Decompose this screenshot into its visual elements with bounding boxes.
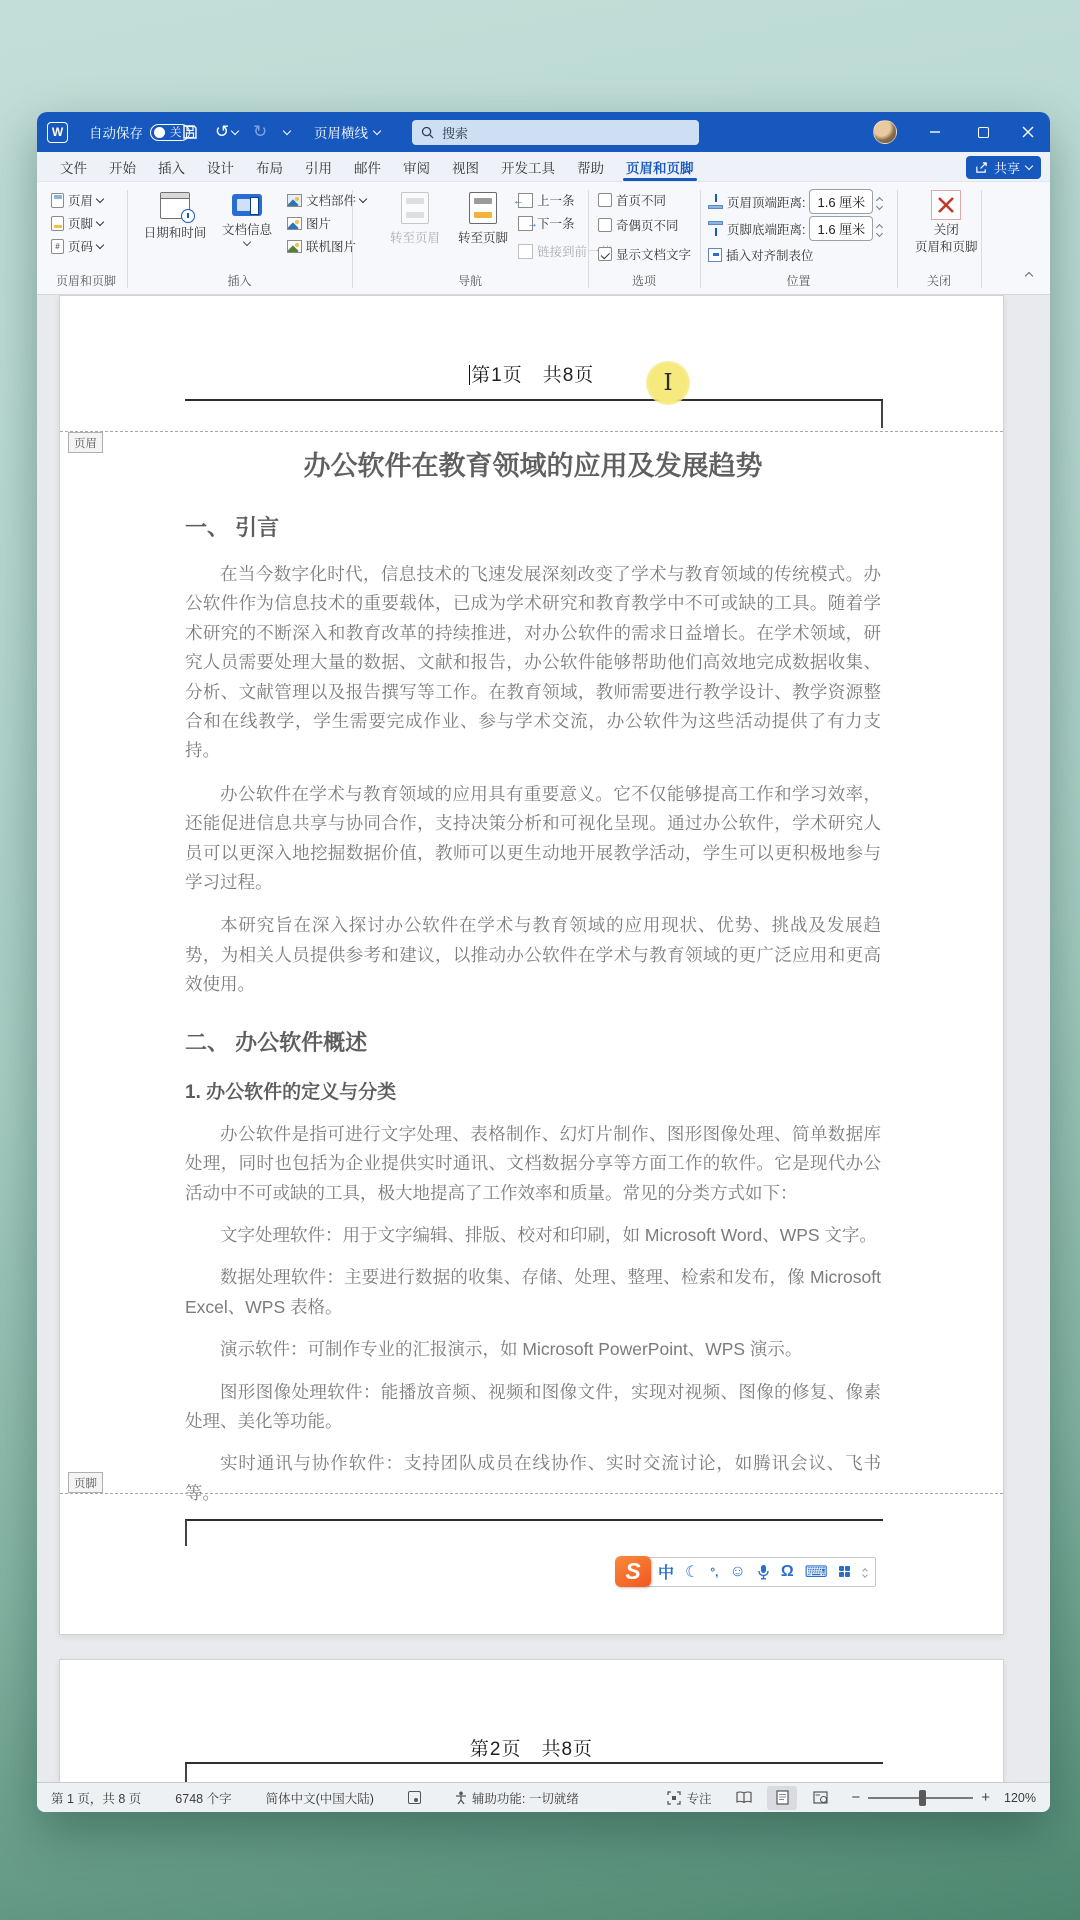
print-layout-icon [776, 1790, 789, 1805]
title-bar: W 自动保存 关 ↺ ↻ 页眉横线 搜 [37, 112, 1050, 152]
group-position: 页眉顶端距离: 1.6 厘米 页脚底端距离: 1.6 厘米 [700, 182, 897, 294]
redo-button[interactable]: ↻ [253, 112, 267, 152]
goto-header-button[interactable]: 转至页眉 [384, 192, 446, 246]
ime-microphone-icon[interactable] [757, 1564, 770, 1580]
collapse-ribbon-button[interactable] [1026, 268, 1032, 282]
group-label: 页眉和页脚 [45, 272, 127, 289]
footer-rule-line [185, 1519, 883, 1521]
picture-label: 图片 [306, 214, 331, 232]
group-header-footer: 页眉 页脚 # 页码 页眉和页脚 [45, 182, 127, 294]
datetime-label: 日期和时间 [144, 223, 207, 241]
document-page-1[interactable]: 第1页 共8页 页眉 办公软件在教育领域的应用及发展趋势 一、 引言 在当今数字… [59, 295, 1004, 1635]
different-odd-even-checkbox[interactable]: 奇偶页不同 [598, 216, 679, 234]
macro-record-icon [408, 1791, 421, 1804]
footer-distance-row: 页脚底端距离: 1.6 厘米 [708, 216, 882, 241]
checkbox-checked-icon [598, 247, 612, 261]
search-icon [421, 126, 434, 139]
header-rule-tick [185, 1764, 187, 1782]
group-label: 关闭 [897, 272, 981, 289]
share-label: 共享 [994, 158, 1020, 177]
status-bar: 第 1 页，共 8 页 6748 个字 简体中文(中国大陆) 辅助功能: 一切就… [37, 1782, 1050, 1812]
page-number-icon: # [51, 239, 64, 254]
undo-icon: ↺ [215, 122, 229, 142]
header-distance-spinner[interactable] [877, 195, 882, 209]
footer-distance-spinner[interactable] [877, 222, 882, 236]
paragraph[interactable]: 数据处理软件：主要进行数据的收集、存储、处理、整理、检索和发布，像 Micros… [185, 1263, 881, 1322]
paragraph[interactable]: 图形图像处理软件：能播放音频、视频和图像文件，实现对视频、图像的修复、像素处理、… [185, 1378, 881, 1437]
document-body[interactable]: 办公软件在教育领域的应用及发展趋势 一、 引言 在当今数字化时代，信息技术的飞速… [185, 436, 881, 1508]
search-placeholder: 搜索 [442, 123, 468, 142]
print-layout-button[interactable] [767, 1786, 797, 1810]
tab-design[interactable]: 设计 [196, 152, 245, 181]
previous-icon: ← [518, 193, 533, 208]
goto-footer-button[interactable]: 转至页脚 [452, 192, 514, 246]
group-label: 位置 [700, 272, 897, 289]
ime-keyboard-icon[interactable]: ⌨ [805, 1562, 828, 1582]
ime-emoji-icon[interactable]: ☺ [730, 1563, 746, 1581]
document-title[interactable]: 办公软件在教育领域的应用及发展趋势 [185, 444, 881, 483]
goto-footer-icon [469, 192, 497, 224]
document-parts-label: 文档部件 [306, 191, 356, 209]
autosave-toggle[interactable]: 自动保存 关 [89, 112, 190, 152]
tab-layout[interactable]: 布局 [245, 152, 294, 181]
page-number-label: 页码 [68, 237, 93, 255]
desktop-background: W 自动保存 关 ↺ ↻ 页眉横线 搜 [0, 0, 1080, 1920]
paragraph[interactable]: 办公软件在学术与教育领域的应用具有重要意义。它不仅能够提高工作和学习效率，还能促… [185, 780, 881, 898]
zoom-slider-thumb[interactable] [919, 1790, 926, 1806]
header-line-dropdown[interactable]: 页眉横线 [314, 112, 380, 152]
ribbon-tab-bar: 文件 开始 插入 设计 布局 引用 邮件 审阅 视图 开发工具 帮助 页眉和页脚… [37, 152, 1050, 182]
ribbon: 页眉 页脚 # 页码 页眉和页脚 日期和时间 [37, 182, 1050, 295]
header-rule-line [185, 1762, 883, 1764]
page2-header-text[interactable]: 第2页 共8页 [60, 1734, 1003, 1761]
word-app-window: W 自动保存 关 ↺ ↻ 页眉横线 搜 [37, 112, 1050, 1812]
minimize-icon [929, 126, 941, 138]
picture-icon [287, 217, 302, 230]
heading-introduction[interactable]: 一、 引言 [185, 511, 881, 542]
tab-references[interactable]: 引用 [294, 152, 343, 181]
header-distance-input[interactable]: 1.6 厘米 [809, 189, 873, 214]
minimize-button[interactable] [913, 112, 957, 152]
tab-file[interactable]: 文件 [49, 152, 98, 181]
footer-menu-button[interactable]: 页脚 [51, 214, 103, 232]
paragraph[interactable]: 本研究旨在深入探讨办公软件在学术与教育领域的应用现状、优势、挑战及发展趋势，为相… [185, 911, 881, 999]
header-menu-button[interactable]: 页眉 [51, 191, 103, 209]
mouse-cursor-highlight: I [646, 361, 690, 405]
tab-header-footer[interactable]: 页眉和页脚 [615, 152, 705, 181]
ibeam-cursor-icon: I [663, 370, 672, 396]
goto-footer-label: 转至页脚 [458, 228, 508, 246]
language-indicator[interactable]: 简体中文(中国大陆) [266, 1789, 374, 1807]
document-canvas: 第1页 共8页 页眉 办公软件在教育领域的应用及发展趋势 一、 引言 在当今数字… [37, 295, 1050, 1782]
footer-boundary-dashed-line [60, 1493, 1003, 1494]
goto-header-icon [401, 192, 429, 224]
ime-toolbox-icon[interactable] [839, 1566, 851, 1578]
heading-overview[interactable]: 二、 办公软件概述 [185, 1026, 881, 1057]
group-label: 导航 [352, 272, 588, 289]
alignment-tab-icon [708, 248, 722, 262]
tab-mailings[interactable]: 邮件 [343, 152, 392, 181]
page1-header-text[interactable]: 第1页 共8页 [60, 360, 1003, 387]
document-info-label: 文档信息 [222, 220, 272, 238]
redo-icon: ↻ [253, 122, 267, 142]
ime-expand-icon[interactable] [863, 1566, 867, 1577]
word-app-icon[interactable]: W [47, 112, 68, 152]
zoom-in-button[interactable]: + [981, 1789, 990, 1806]
checkbox-icon [598, 218, 612, 232]
header-menu-label: 页眉 [68, 191, 93, 209]
picture-button[interactable]: 图片 [287, 214, 331, 232]
autosave-label: 自动保存 [89, 122, 143, 142]
previous-label: 上一条 [537, 191, 575, 209]
next-icon: → [518, 216, 533, 231]
user-avatar[interactable] [873, 120, 897, 144]
document-parts-icon [287, 194, 302, 207]
paragraph[interactable]: 演示软件：可制作专业的汇报演示，如 Microsoft PowerPoint、W… [185, 1335, 881, 1364]
paragraph[interactable]: 在当今数字化时代，信息技术的飞速发展深刻改变了学术与教育领域的传统模式。办公软件… [185, 560, 881, 766]
zoom-level[interactable]: 120% [1004, 1791, 1036, 1805]
customize-quick-access-button[interactable] [284, 112, 290, 152]
close-label-line2: 页眉和页脚 [915, 240, 978, 254]
document-page-2[interactable]: 第2页 共8页 [59, 1659, 1004, 1782]
paragraph[interactable]: 办公软件是指可进行文字处理、表格制作、幻灯片制作、图形图像处理、简单数据库处理，… [185, 1120, 881, 1208]
close-window-button[interactable] [1006, 112, 1050, 152]
ime-halfwidth-moon-icon[interactable]: ☾ [685, 1562, 699, 1582]
document-info-button[interactable]: 文档信息 [217, 194, 277, 245]
footer-distance-label: 页脚底端距离: [727, 220, 805, 238]
previous-button[interactable]: ← 上一条 [518, 191, 575, 209]
tab-developer[interactable]: 开发工具 [490, 152, 566, 181]
tab-review[interactable]: 审阅 [392, 152, 441, 181]
save-icon [182, 124, 198, 140]
maximize-button[interactable] [961, 112, 1005, 152]
ime-punctuation-icon[interactable]: °, [710, 1565, 718, 1579]
undo-button[interactable]: ↺ [215, 112, 238, 152]
ime-language-mode-icon[interactable]: 中 [658, 1560, 674, 1583]
next-label: 下一条 [537, 214, 575, 232]
page-indicator[interactable]: 第 1 页，共 8 页 [51, 1789, 141, 1807]
footer-rule-tick [185, 1520, 187, 1546]
ime-symbols-icon[interactable]: Ω [781, 1563, 794, 1581]
share-button[interactable]: 共享 [966, 156, 1041, 179]
subheading-definition[interactable]: 1. 办公软件的定义与分类 [185, 1077, 881, 1104]
header-region-tag: 页眉 [68, 432, 103, 453]
group-label: 选项 [588, 272, 700, 289]
save-button[interactable] [182, 112, 198, 152]
word-count[interactable]: 6748 个字 [175, 1789, 231, 1807]
search-input[interactable]: 搜索 [412, 120, 699, 145]
ime-toolbar[interactable]: S 中 ☾ °, ☺ Ω ⌨ [615, 1556, 876, 1587]
close-icon [1022, 126, 1034, 138]
web-layout-icon [813, 1791, 828, 1804]
goto-header-label: 转至页眉 [390, 228, 440, 246]
show-document-text-label: 显示文档文字 [616, 245, 691, 263]
paragraph[interactable]: 文字处理软件：用于文字编辑、排版、校对和印刷，如 Microsoft Word、… [185, 1221, 881, 1250]
close-header-footer-button[interactable]: 关闭 页眉和页脚 [915, 190, 978, 254]
maximize-icon [978, 127, 989, 138]
ime-toolbar-body: 中 ☾ °, ☺ Ω ⌨ [647, 1557, 876, 1587]
different-odd-even-label: 奇偶页不同 [616, 216, 679, 234]
alignment-tab-label: 插入对齐制表位 [726, 246, 814, 264]
chevron-down-icon [1025, 162, 1033, 170]
macro-record-button[interactable] [408, 1791, 421, 1804]
online-picture-icon [287, 240, 302, 253]
tab-home[interactable]: 开始 [98, 152, 147, 181]
text-caret [469, 365, 471, 385]
page-number-menu-button[interactable]: # 页码 [51, 237, 103, 255]
read-mode-button[interactable] [729, 1786, 759, 1810]
header-distance-icon [708, 194, 723, 209]
chevron-down-icon [373, 126, 381, 134]
group-close: 关闭 页眉和页脚 关闭 [897, 182, 981, 294]
footer-distance-input[interactable]: 1.6 厘米 [809, 216, 873, 241]
close-header-footer-icon [931, 190, 961, 220]
close-label-line1: 关闭 [934, 223, 959, 237]
footer-icon [51, 216, 64, 231]
datetime-button[interactable]: 日期和时间 [141, 192, 209, 241]
show-document-text-checkbox[interactable]: 显示文档文字 [598, 245, 691, 263]
checkbox-icon [598, 193, 612, 207]
tab-insert[interactable]: 插入 [147, 152, 196, 181]
sogou-logo-icon[interactable]: S [615, 1556, 651, 1587]
paragraph[interactable]: 实时通讯与协作软件：支持团队成员在线协作、实时交流讨论，如腾讯会议、飞书等。 [185, 1449, 881, 1508]
autosave-state: 关 [170, 124, 182, 140]
zoom-slider[interactable] [868, 1797, 973, 1799]
tab-help[interactable]: 帮助 [566, 152, 615, 181]
insert-alignment-tab-button[interactable]: 插入对齐制表位 [708, 246, 814, 264]
header-distance-row: 页眉顶端距离: 1.6 厘米 [708, 189, 882, 214]
header-rule-tick [881, 401, 883, 428]
header-boundary-dashed-line [60, 431, 1003, 432]
header-distance-label: 页眉顶端距离: [727, 193, 805, 211]
group-navigation: 转至页眉 转至页脚 ← 上一条 → 下一条 链接到前一节 [352, 182, 588, 294]
tab-view[interactable]: 视图 [441, 152, 490, 181]
header-rule-line [185, 399, 883, 401]
accessibility-icon [455, 1791, 467, 1805]
undo-dropdown-icon[interactable] [231, 126, 239, 134]
share-icon [975, 161, 988, 174]
next-button[interactable]: → 下一条 [518, 214, 575, 232]
document-info-icon [232, 194, 262, 216]
web-layout-button[interactable] [805, 1786, 835, 1810]
header-icon [51, 193, 64, 208]
datetime-icon [160, 192, 190, 219]
read-mode-icon [736, 1791, 752, 1804]
group-label: 插入 [127, 272, 352, 289]
footer-region-tag: 页脚 [68, 1472, 103, 1493]
zoom-control: − + 120% [851, 1789, 1036, 1806]
accessibility-status[interactable]: 辅助功能: 一切就绪 [455, 1789, 579, 1807]
footer-menu-label: 页脚 [68, 214, 93, 232]
group-options: 首页不同 奇偶页不同 显示文档文字 选项 [588, 182, 700, 294]
different-first-page-checkbox[interactable]: 首页不同 [598, 191, 666, 209]
focus-mode-button[interactable]: 专注 [667, 1789, 711, 1807]
zoom-out-button[interactable]: − [851, 1789, 860, 1806]
group-insert: 日期和时间 文档信息 文档部件 图片 联机图片 [127, 182, 352, 294]
different-first-page-label: 首页不同 [616, 191, 666, 209]
link-to-previous-icon [518, 244, 533, 259]
online-picture-button[interactable]: 联机图片 [287, 237, 356, 255]
header-line-label: 页眉横线 [314, 122, 368, 142]
footer-distance-icon [708, 221, 723, 236]
online-picture-label: 联机图片 [306, 237, 356, 255]
focus-icon [667, 1791, 681, 1805]
